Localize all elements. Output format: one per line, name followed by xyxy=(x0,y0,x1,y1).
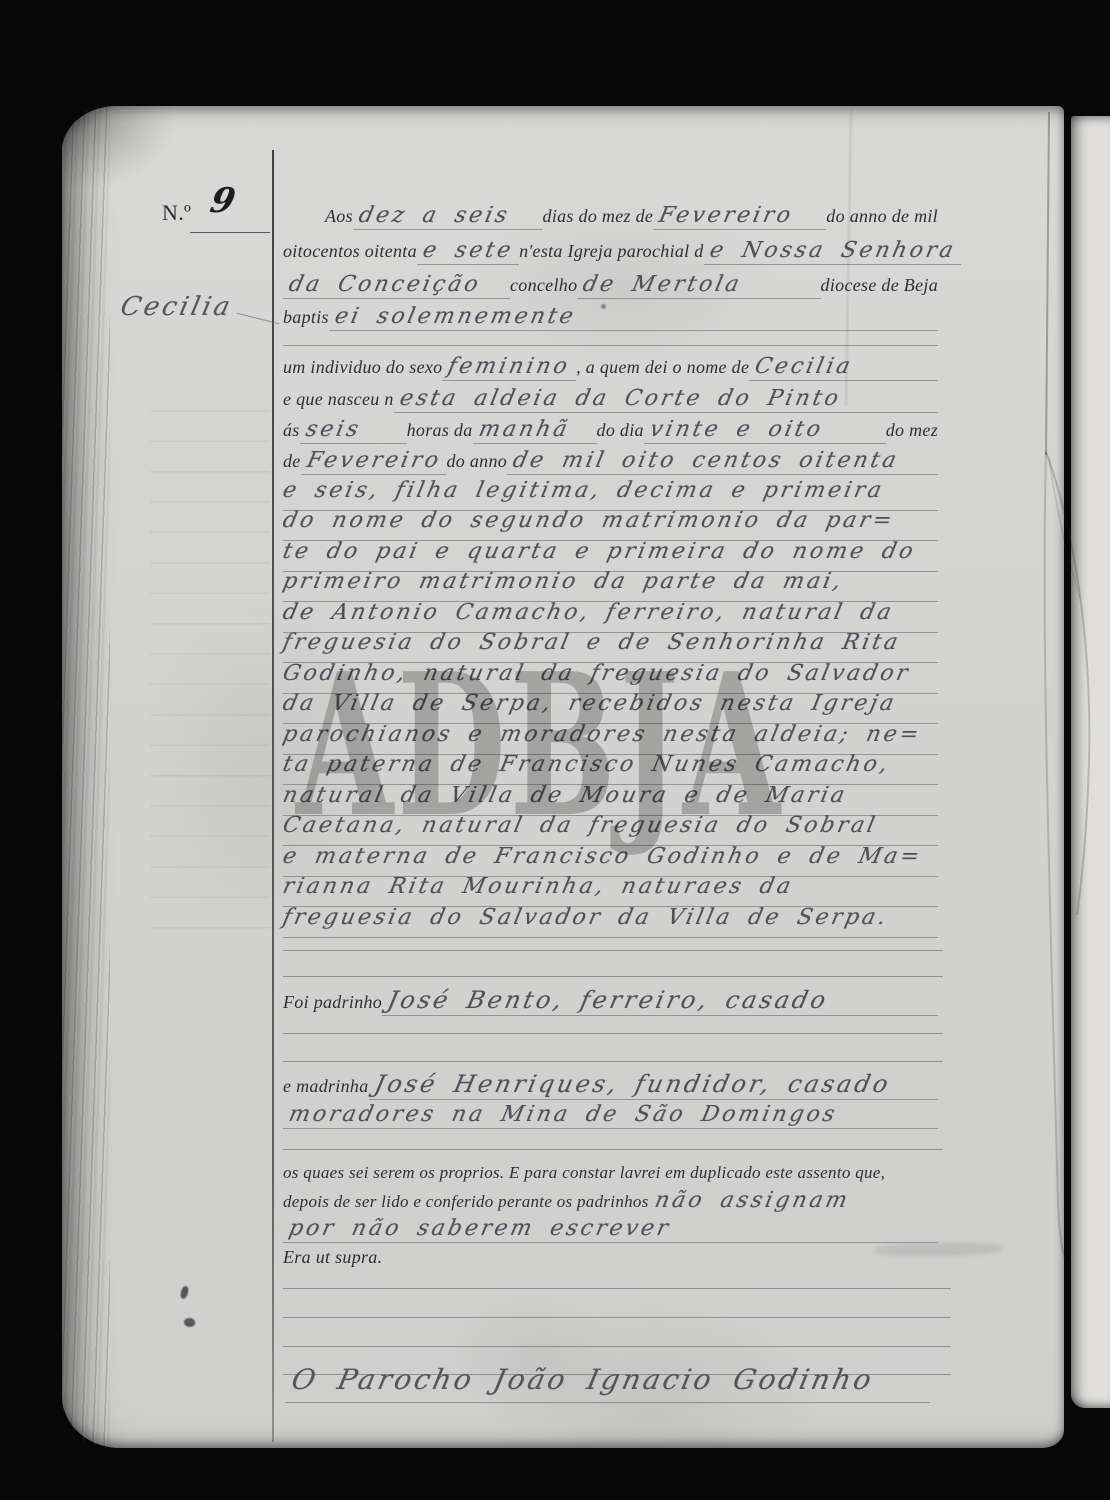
handwritten-day: dez a seis xyxy=(357,205,512,227)
ink-dot xyxy=(601,304,606,309)
ruled-line xyxy=(283,1346,951,1347)
printed-text: de xyxy=(283,451,301,472)
handwritten-godfather: José Bento, ferreiro, casado xyxy=(386,988,831,1012)
form-line-birthplace: e que nasceu n esta aldeia da Corte do P… xyxy=(283,388,938,413)
closing-line-4: Era ut supra. xyxy=(283,1247,938,1268)
printed-text: e madrinha xyxy=(283,1076,369,1097)
handwritten-solemnly: ei solemnemente xyxy=(332,306,577,328)
printed-text: um individuo do sexo xyxy=(283,357,442,378)
form-line-godmother: e madrinha José Henriques, fundidor, cas… xyxy=(283,1072,938,1100)
record-number-label: N.º xyxy=(162,200,191,226)
form-line-godmother-cont: moradores na Mina de São Domingos xyxy=(283,1104,938,1129)
handwritten-did-not-sign: não assignam xyxy=(652,1190,851,1212)
printed-text: concelho xyxy=(510,275,577,296)
ruled-line xyxy=(283,1288,951,1289)
body-line: freguesia do Salvador da Villa de Serpa. xyxy=(283,907,938,938)
printed-text: do mez xyxy=(886,420,938,441)
form-line-county-diocese: da Conceição concelho de Mertola diocese… xyxy=(283,274,938,299)
margin-bleedthrough-lines xyxy=(150,384,270,946)
closing-line-3: por não saberem escrever xyxy=(283,1218,938,1243)
fill-line: da Conceição xyxy=(283,274,510,299)
handwritten-name: Cecilia xyxy=(753,356,855,378)
printed-text: oitocentos oitenta xyxy=(283,241,417,262)
body-line: do nome do segundo matrimonio da par= xyxy=(283,510,938,541)
ruled-line xyxy=(283,950,943,951)
handwritten-birth-day: vinte e oito xyxy=(648,419,826,441)
fill-line: e sete xyxy=(417,240,519,265)
form-line-date: Aos dez a seis dias do mez de Fevereiro … xyxy=(283,205,938,230)
fill-line: de mil oito centos oitenta xyxy=(507,450,938,475)
fill-line: Fevereiro xyxy=(653,205,826,230)
fill-line: José Henriques, fundidor, casado xyxy=(369,1072,939,1100)
ruled-line xyxy=(283,1317,951,1318)
form-line-year-parish: oitocentos oitenta e sete n'esta Igreja … xyxy=(283,240,938,265)
handwritten-morning: manhã xyxy=(476,419,571,441)
handwritten-body-text: te do pai e quarta e primeira do nome do xyxy=(281,541,918,563)
handwritten-body-text: rianna Rita Mourinha, naturaes da xyxy=(281,876,796,898)
scanned-baptism-record: N.º 9 Cecilia Aos dez a seis dias do mez… xyxy=(0,0,1110,1500)
adjacent-page-edge xyxy=(1071,116,1110,1408)
body-line: rianna Rita Mourinha, naturaes da xyxy=(283,876,938,907)
handwritten-month: Fevereiro xyxy=(657,205,796,227)
fill-line: esta aldeia da Corte do Pinto xyxy=(394,388,938,413)
fill-line: Cecilia xyxy=(749,356,938,381)
fill-line: moradores na Mina de São Domingos xyxy=(283,1104,938,1129)
printed-text: Era ut supra. xyxy=(283,1247,382,1268)
handwritten-year: e sete xyxy=(421,240,516,262)
form-line-baptised: baptis ei solemnemente xyxy=(283,306,938,331)
printed-text: dias do mez de xyxy=(543,206,654,227)
handwritten-body-text: freguesia do Salvador da Villa de Serpa. xyxy=(281,907,891,929)
printed-text: depois de ser lido e conferido perante o… xyxy=(283,1192,649,1212)
fill-line: vinte e oito xyxy=(644,419,886,444)
fill-line: Fevereiro xyxy=(301,450,447,475)
closing-line-2: depois de ser lido e conferido perante o… xyxy=(283,1190,938,1214)
handwritten-hour: seis xyxy=(303,419,362,441)
signature-ruled-line xyxy=(285,1402,930,1403)
ruled-line xyxy=(283,1149,943,1150)
printed-text: n'esta Igreja parochial d xyxy=(519,241,704,262)
printed-text: , a quem dei o nome de xyxy=(576,357,749,378)
worn-corner xyxy=(62,106,222,226)
ruled-line xyxy=(283,1061,943,1062)
archive-watermark: ADBJA xyxy=(296,648,784,844)
printed-text: do dia xyxy=(597,420,644,441)
printed-text: e que nasceu n xyxy=(283,389,394,410)
printed-text: do anno de mil xyxy=(826,206,938,227)
priest-signature: O Parocho João Ignacio Godinho xyxy=(289,1366,876,1394)
fill-line: ei solemnemente xyxy=(329,306,938,331)
stacked-page-edges xyxy=(62,106,110,1448)
form-line-godfather: Foi padrinho José Bento, ferreiro, casad… xyxy=(283,988,938,1016)
printed-text: do anno xyxy=(446,451,507,472)
handwritten-body-text: do nome do segundo matrimonio da par= xyxy=(281,510,897,532)
fill-line: não assignam xyxy=(649,1190,938,1214)
fill-line: por não saberem escrever xyxy=(283,1218,938,1243)
handwritten-parish: e Nossa Senhora xyxy=(707,240,957,262)
handwritten-county: de Mertola xyxy=(581,274,744,296)
handwritten-birthplace: esta aldeia da Corte do Pinto xyxy=(397,388,842,410)
ruled-line xyxy=(283,976,943,977)
record-number-underline xyxy=(190,232,270,233)
handwritten-residence: moradores na Mina de São Domingos xyxy=(287,1104,840,1126)
handwritten-birth-month: Fevereiro xyxy=(304,450,443,472)
ruled-line xyxy=(283,1033,943,1034)
form-line-birth-year: de Fevereiro do anno de mil oito centos … xyxy=(283,450,938,475)
ruled-line xyxy=(283,345,938,346)
printed-text: ás xyxy=(283,420,300,441)
margin-name: Cecilia xyxy=(118,294,235,320)
fill-line: e Nossa Senhora xyxy=(704,240,962,265)
handwritten-body-text: de Antonio Camacho, ferreiro, natural da xyxy=(281,602,896,624)
handwritten-sex: feminino xyxy=(446,356,572,378)
handwritten-parish2: da Conceição xyxy=(287,274,483,296)
fill-line: manhã xyxy=(473,419,597,444)
handwritten-body-text: primeiro matrimonio da parte da mai, xyxy=(281,571,846,593)
printed-text: baptis xyxy=(283,307,329,328)
body-line: de Antonio Camacho, ferreiro, natural da xyxy=(283,602,938,633)
printed-text: Foi padrinho xyxy=(283,992,382,1013)
handwritten-godmother: José Henriques, fundidor, casado xyxy=(372,1072,893,1096)
body-line: e seis, filha legitima, decima e primeir… xyxy=(283,480,938,511)
form-vertical-rule xyxy=(272,150,274,1442)
fill-line: dez a seis xyxy=(353,205,543,230)
closing-line-1: os quaes sei serem os proprios. E para c… xyxy=(283,1163,938,1183)
body-line: primeiro matrimonio da parte da mai, xyxy=(283,571,938,602)
fill-line: José Bento, ferreiro, casado xyxy=(382,988,938,1016)
printed-text: diocese de Beja xyxy=(821,275,938,296)
handwritten-cannot-write: por não saberem escrever xyxy=(287,1218,673,1240)
form-line-sex-name: um individuo do sexo feminino , a quem d… xyxy=(283,356,938,381)
fill-line: feminino xyxy=(442,356,576,381)
printed-text: os quaes sei serem os proprios. E para c… xyxy=(283,1163,885,1183)
printed-text: Aos xyxy=(283,206,353,227)
form-line-birth-time: ás seis horas da manhã do dia vinte e oi… xyxy=(283,419,938,444)
handwritten-birth-year: de mil oito centos oitenta xyxy=(511,450,901,472)
fill-line: de Mertola xyxy=(577,274,820,299)
fill-line: seis xyxy=(300,419,407,444)
handwritten-body-text: e seis, filha legitima, decima e primeir… xyxy=(281,480,886,502)
printed-text: horas da xyxy=(407,420,473,441)
body-line: te do pai e quarta e primeira do nome do xyxy=(283,541,938,572)
